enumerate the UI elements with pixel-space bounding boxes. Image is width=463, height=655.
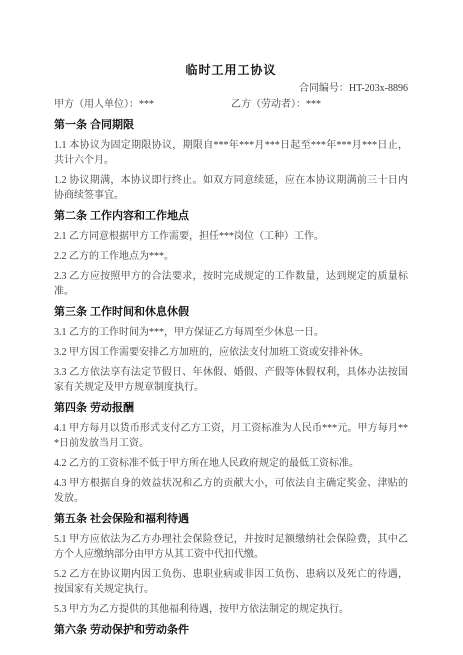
section-heading: 第四条 劳动报酬 bbox=[54, 401, 408, 416]
section-labor-remuneration: 第四条 劳动报酬 4.1 甲方每月以货币形式支付乙方工资，月工资标准为人民币**… bbox=[54, 401, 408, 506]
parties-row: 甲方（用人单位）：*** 乙方（劳动者）：*** bbox=[54, 97, 408, 112]
section-contract-term: 第一条 合同期限 1.1 本协议为固定期限协议，期限自***年***月***日起… bbox=[54, 118, 408, 203]
section-heading: 第一条 合同期限 bbox=[54, 118, 408, 133]
clause: 5.3 甲方为乙方提供的其他福利待遇，按甲方依法制定的规定执行。 bbox=[54, 602, 408, 617]
clause: 2.2 乙方的工作地点为***。 bbox=[54, 249, 408, 264]
party-a-value: *** bbox=[139, 99, 154, 110]
party-b: 乙方（劳动者）：*** bbox=[231, 97, 408, 112]
section-heading: 第二条 工作内容和工作地点 bbox=[54, 209, 408, 224]
party-a-label: 甲方（用人单位）： bbox=[54, 99, 139, 110]
party-b-label: 乙方（劳动者）： bbox=[231, 99, 306, 110]
clause: 4.2 乙方的工资标准不低于甲方所在地人民政府规定的最低工资标准。 bbox=[54, 456, 408, 471]
page-title: 临时工用工协议 bbox=[54, 62, 408, 78]
clause: 1.1 本协议为固定期限协议，期限自***年***月***日起至***年***月… bbox=[54, 138, 408, 168]
contract-number-label: 合同编号： bbox=[299, 83, 349, 94]
clause: 4.3 甲方根据自身的效益状况和乙方的贡献大小，可依法自主确定奖金、津贴的发放。 bbox=[54, 476, 408, 506]
clause: 3.1 乙方的工作时间为***，甲方保证乙方每周至少休息一日。 bbox=[54, 325, 408, 340]
clause: 2.1 乙方同意根据甲方工作需要，担任***岗位（工种）工作。 bbox=[54, 229, 408, 244]
clause: 3.2 甲方因工作需要安排乙方加班的，应依法支付加班工资或安排补休。 bbox=[54, 345, 408, 360]
clause: 2.3 乙方应按照甲方的合法要求，按时完成规定的工作数量，达到规定的质量标准。 bbox=[54, 269, 408, 299]
clause: 3.3 乙方依法享有法定节假日、年休假、婚假、产假等休假权利，具体办法按国家有关… bbox=[54, 365, 408, 395]
document-page: 临时工用工协议 合同编号：HT-203x-8896 甲方（用人单位）：*** 乙… bbox=[0, 0, 463, 655]
section-social-insurance-welfare: 第五条 社会保险和福利待遇 5.1 甲方应依法为乙方办理社会保险登记，并按时足额… bbox=[54, 512, 408, 617]
section-labor-protection-conditions: 第六条 劳动保护和劳动条件 bbox=[54, 623, 408, 638]
party-a: 甲方（用人单位）：*** bbox=[54, 97, 231, 112]
section-heading: 第六条 劳动保护和劳动条件 bbox=[54, 623, 408, 638]
clause: 5.2 乙方在协议期内因工负伤、患职业病或非因工负伤、患病以及死亡的待遇，按国家… bbox=[54, 567, 408, 597]
clause: 4.1 甲方每月以货币形式支付乙方工资，月工资标准为人民币***元。甲方每月**… bbox=[54, 421, 408, 451]
section-working-hours-rest: 第三条 工作时间和休息休假 3.1 乙方的工作时间为***，甲方保证乙方每周至少… bbox=[54, 305, 408, 395]
section-heading: 第五条 社会保险和福利待遇 bbox=[54, 512, 408, 527]
section-work-content-location: 第二条 工作内容和工作地点 2.1 乙方同意根据甲方工作需要，担任***岗位（工… bbox=[54, 209, 408, 299]
contract-number-line: 合同编号：HT-203x-8896 bbox=[54, 81, 408, 96]
clause: 5.1 甲方应依法为乙方办理社会保险登记，并按时足额缴纳社会保险费，其中乙方个人… bbox=[54, 532, 408, 562]
clause: 1.2 协议期满，本协议即行终止。如双方同意续延，应在本协议期满前三十日内协商续… bbox=[54, 173, 408, 203]
party-b-value: *** bbox=[306, 99, 321, 110]
section-heading: 第三条 工作时间和休息休假 bbox=[54, 305, 408, 320]
contract-number-value: HT-203x-8896 bbox=[349, 83, 408, 94]
